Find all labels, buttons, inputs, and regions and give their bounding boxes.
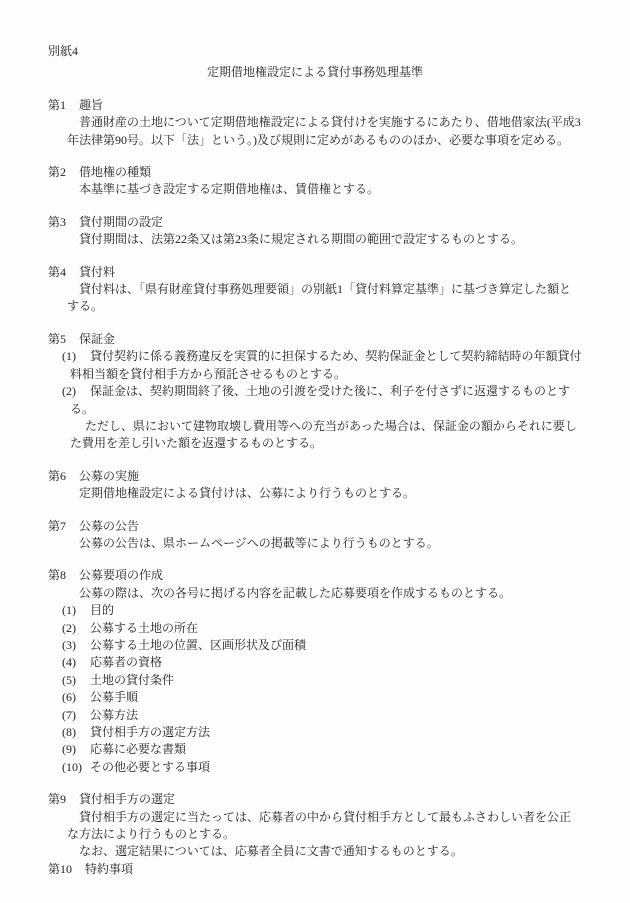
list-item: (10)その他必要とする事項: [70, 759, 582, 776]
item-text: 応募に必要な書類: [90, 742, 186, 756]
item-number: (1): [62, 602, 90, 619]
document-page: 別紙4 定期借地権設定による貸付事務処理基準 第1趣旨 普通財産の土地について定…: [0, 0, 630, 903]
attachment-label: 別紙4: [48, 43, 582, 60]
section-heading: 第9貸付相手方の選定: [48, 791, 582, 808]
section-heading: 第4貸付料: [48, 264, 582, 281]
section-number: 第9: [48, 792, 66, 806]
section-paragraph: 公募の際は、次の各号に掲げる内容を記載した応募要項を作成するものとする。: [67, 585, 582, 602]
list-item: (9)応募に必要な書類: [70, 741, 582, 758]
section-7: 第7公募の公告 公募の公告は、県ホームページへの掲載等により行うものとする。: [48, 518, 582, 553]
section-3: 第3貸付期間の設定 貸付期間は、法第22条又は第23条に規定される期間の範囲で設…: [48, 214, 582, 249]
list-item: (5)土地の貸付条件: [70, 672, 582, 689]
item-number: (6): [62, 689, 90, 706]
item-note: ただし、県において建物取壊し費用等への充当があった場合は、保証金の額からそれに要…: [70, 418, 582, 453]
item-text: その他必要とする事項: [90, 760, 210, 774]
item-number: (4): [62, 654, 90, 671]
section-paragraph: 本基準に基づき設定する定期借地権は、賃借権とする。: [67, 181, 582, 198]
section-10: 第10特約事項: [48, 861, 582, 878]
section-2: 第2借地権の種類 本基準に基づき設定する定期借地権は、賃借権とする。: [48, 164, 582, 199]
section-number: 第7: [48, 519, 66, 533]
section-heading: 第5保証金: [48, 331, 582, 348]
section-title: 貸付相手方の選定: [79, 792, 175, 806]
section-number: 第1: [48, 98, 66, 112]
section-number: 第3: [48, 215, 66, 229]
section-heading: 第6公募の実施: [48, 468, 582, 485]
list-item: (1)貸付契約に係る義務違反を実質的に担保するため、契約保証金として契約締結時の…: [70, 348, 582, 383]
section-paragraph: 公募の公告は、県ホームページへの掲載等により行うものとする。: [67, 535, 582, 552]
section-paragraph: 貸付期間は、法第22条又は第23条に規定される期間の範囲で設定するものとする。: [67, 231, 582, 248]
item-number: (7): [62, 707, 90, 724]
section-title: 保証金: [79, 332, 115, 346]
section-title: 特約事項: [85, 862, 133, 876]
section-9: 第9貸付相手方の選定 貸付相手方の選定に当たっては、応募者の中から貸付相手方とし…: [48, 791, 582, 861]
section-number: 第8: [48, 568, 66, 582]
section-title: 貸付期間の設定: [79, 215, 163, 229]
section-6: 第6公募の実施 定期借地権設定による貸付けは、公募により行うものとする。: [48, 468, 582, 503]
item-text: 目的: [90, 603, 114, 617]
list-item: (8)貸付相手方の選定方法: [70, 724, 582, 741]
section-paragraph: なお、選定結果については、応募者全員に文書で通知するものとする。: [67, 843, 582, 860]
item-text: 保証金は、契約期間終了後、土地の引渡を受けた後に、利子を付さずに返還するものとす…: [70, 384, 570, 415]
item-text: 土地の貸付条件: [90, 673, 174, 687]
item-number: (10): [62, 759, 90, 776]
section-5: 第5保証金 (1)貸付契約に係る義務違反を実質的に担保するため、契約保証金として…: [48, 331, 582, 453]
section-heading: 第2借地権の種類: [48, 164, 582, 181]
item-text: 公募手順: [90, 690, 138, 704]
item-text: 公募する土地の位置、区画形状及び面積: [90, 638, 306, 652]
section-paragraph: 貸付相手方の選定に当たっては、応募者の中から貸付相手方として最もふさわしい者を公…: [67, 809, 582, 844]
section-number: 第4: [48, 265, 66, 279]
section-heading: 第10特約事項: [48, 861, 582, 878]
section-paragraph: 定期借地権設定による貸付けは、公募により行うものとする。: [67, 485, 582, 502]
item-text: 公募する土地の所在: [90, 621, 198, 635]
item-text: 貸付相手方の選定方法: [90, 725, 210, 739]
document-title: 定期借地権設定による貸付事務処理基準: [48, 64, 582, 81]
section-paragraph: 普通財産の土地について定期借地権設定による貸付けを実施するにあたり、借地借家法(…: [67, 114, 582, 149]
list-item: (4)応募者の資格: [70, 654, 582, 671]
item-number: (2): [62, 383, 90, 400]
section-number: 第6: [48, 469, 66, 483]
list-item: (2)公募する土地の所在: [70, 620, 582, 637]
item-number: (2): [62, 620, 90, 637]
list-item: (3)公募する土地の位置、区画形状及び面積: [70, 637, 582, 654]
item-number: (3): [62, 637, 90, 654]
section-4: 第4貸付料 貸付料は、「県有財産貸付事務処理要領」の別紙1「貸付料算定基準」に基…: [48, 264, 582, 316]
section-heading: 第8公募要項の作成: [48, 567, 582, 584]
section-number: 第10: [48, 862, 72, 876]
section-title: 公募の実施: [79, 469, 139, 483]
item-number: (8): [62, 724, 90, 741]
list-item: (2)保証金は、契約期間終了後、土地の引渡を受けた後に、利子を付さずに返還するも…: [70, 383, 582, 453]
section-heading: 第1趣旨: [48, 97, 582, 114]
section-heading: 第7公募の公告: [48, 518, 582, 535]
item-number: (5): [62, 672, 90, 689]
item-text: 公募方法: [90, 708, 138, 722]
item-list: (1)貸付契約に係る義務違反を実質的に担保するため、契約保証金として契約締結時の…: [70, 348, 582, 452]
item-text: 応募者の資格: [90, 655, 162, 669]
section-title: 公募要項の作成: [79, 568, 163, 582]
section-8: 第8公募要項の作成 公募の際は、次の各号に掲げる内容を記載した応募要項を作成する…: [48, 567, 582, 776]
item-list: (1)目的 (2)公募する土地の所在 (3)公募する土地の位置、区画形状及び面積…: [70, 602, 582, 776]
item-text: 貸付契約に係る義務違反を実質的に担保するため、契約保証金として契約締結時の年額貸…: [70, 349, 582, 380]
list-item: (6)公募手順: [70, 689, 582, 706]
section-title: 借地権の種類: [79, 165, 151, 179]
section-paragraph: 貸付料は、「県有財産貸付事務処理要領」の別紙1「貸付料算定基準」に基づき算定した…: [67, 281, 582, 316]
list-item: (1)目的: [70, 602, 582, 619]
item-number: (1): [62, 348, 90, 365]
section-title: 趣旨: [79, 98, 103, 112]
section-number: 第5: [48, 332, 66, 346]
section-1: 第1趣旨 普通財産の土地について定期借地権設定による貸付けを実施するにあたり、借…: [48, 97, 582, 149]
item-number: (9): [62, 741, 90, 758]
section-heading: 第3貸付期間の設定: [48, 214, 582, 231]
section-title: 貸付料: [79, 265, 115, 279]
list-item: (7)公募方法: [70, 707, 582, 724]
section-number: 第2: [48, 165, 66, 179]
section-title: 公募の公告: [79, 519, 139, 533]
